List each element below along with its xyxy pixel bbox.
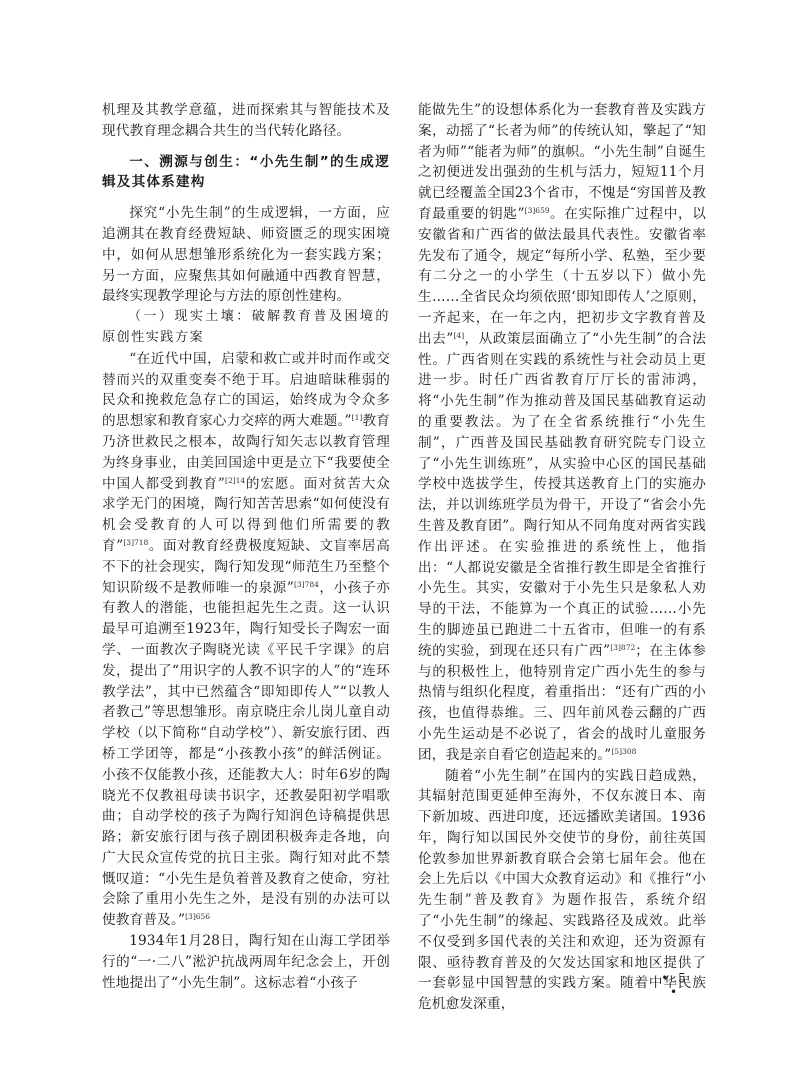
- citation-ref[interactable]: [5]308: [611, 747, 636, 756]
- left-column: 机理及其教学意蕴，进而探索其与智能技术及现代教育理念耦合共生的当代转化路径。 一…: [102, 100, 390, 993]
- citation-ref[interactable]: [3]872: [610, 643, 635, 652]
- citation-ref[interactable]: [3]784: [294, 580, 319, 589]
- paragraph-text: 1934年1月28日，陶行知在山海工学团举行的“一·二八”淞沪抗战两周年纪念会上…: [102, 933, 390, 991]
- section-heading-text: 一、溯源与创生：“小先生制”的生成逻辑及其体系建构: [102, 154, 390, 191]
- paragraph-text: 。在实际推广过程中，以安徽省和广西省的做法最具代表性。安徽省率先发布了通令，规定…: [418, 206, 706, 347]
- subsection-heading-text: （一）现实土壤：破解教育普及困境的原创性实践方案: [102, 309, 390, 345]
- paragraph-text: ，小孩子亦有教人的潜能，也能担起先生之责。这一认识最早可追溯至1923年，陶行知…: [102, 580, 390, 929]
- citation-ref[interactable]: [1]: [352, 413, 363, 422]
- paragraph-continuation: 能做先生”的设想体系化为一套教育普及实践方案，动摇了“长者为师”的传统认知，擎起…: [418, 100, 706, 766]
- right-column: 能做先生”的设想体系化为一套教育普及实践方案，动摇了“长者为师”的传统认知，擎起…: [418, 100, 706, 1015]
- paragraph-text: “在近代中国，启蒙和救亡或并时而作或交替而兴的双重变奏不绝于耳。启迪暗昧稚弱的民…: [102, 351, 390, 429]
- paragraph-text: 机理及其教学意蕴，进而探索其与智能技术及现代教育理念耦合共生的当代转化路径。: [102, 102, 390, 139]
- citation-ref[interactable]: [2]14: [225, 476, 245, 485]
- paragraph: 探究“小先生制”的生成逻辑，一方面，应追溯其在教育经费短缺、师资匮乏的现实困境中…: [102, 203, 390, 307]
- paragraph-continuation: 机理及其教学意蕴，进而探索其与智能技术及现代教育理念耦合共生的当代转化路径。: [102, 100, 390, 142]
- paragraph-text: 能做先生”的设想体系化为一套教育普及实践方案，动摇了“长者为师”的传统认知，擎起…: [418, 102, 706, 222]
- citation-ref[interactable]: [4]: [454, 331, 465, 340]
- citation-ref[interactable]: [3]718: [123, 538, 148, 547]
- citation-ref[interactable]: [3]659: [525, 206, 550, 215]
- paragraph-text: ；在主体参与的积极性上，他特别肯定广西小先生的参与热情与组织化程度，着重指出：“…: [418, 643, 706, 763]
- paragraph: 1934年1月28日，陶行知在山海工学团举行的“一·二八”淞沪抗战两周年纪念会上…: [102, 931, 390, 993]
- paragraph-text: 探究“小先生制”的生成逻辑，一方面，应追溯其在教育经费短缺、师资匮乏的现实困境中…: [102, 205, 390, 304]
- citation-ref[interactable]: [3]656: [185, 912, 210, 921]
- paragraph: “在近代中国，启蒙和救亡或并时而作或交替而兴的双重变奏不绝于耳。启迪暗昧稚弱的民…: [102, 349, 390, 931]
- page-number: • 5 •: [655, 971, 695, 999]
- paragraph-text: ，从政策层面确立了“小先生制”的合法性。广西省则在实践的系统性与社会动员上更进一…: [418, 331, 706, 659]
- section-heading: 一、溯源与创生：“小先生制”的生成逻辑及其体系建构: [102, 152, 390, 194]
- subsection-heading: （一）现实土壤：破解教育普及困境的原创性实践方案: [102, 307, 390, 349]
